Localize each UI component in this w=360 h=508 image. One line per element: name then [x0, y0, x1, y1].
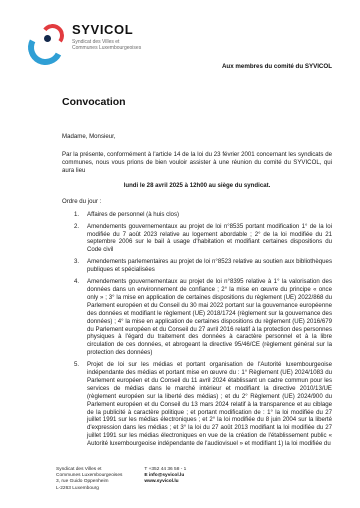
- agenda-item-text: Amendements parlementaires au projet de …: [87, 258, 332, 274]
- logo-subtitle-line2: Communes Luxembourgeoises: [72, 45, 141, 51]
- agenda-item: 2. Amendements gouvernementaux au projet…: [74, 223, 332, 255]
- convocation-letter-page: SYVICOL Syndicat des Villes et Communes …: [0, 0, 360, 508]
- agenda-item-number: 3.: [74, 258, 82, 274]
- footer-address: Syndicat des Villes et Communes Luxembou…: [56, 467, 122, 492]
- agenda-heading: Ordre du jour :: [62, 198, 332, 205]
- logo-subtitle: Syndicat des Villes et Communes Luxembou…: [72, 39, 141, 52]
- agenda-item: 3. Amendements parlementaires au projet …: [74, 258, 332, 274]
- page-title: Convocation: [62, 96, 332, 108]
- footer-address-line: L-2263 Luxembourg: [56, 486, 122, 492]
- logo-name: SYVICOL: [72, 23, 141, 36]
- meeting-date-line: lundi le 28 avril 2025 à 12h00 au siège …: [62, 182, 332, 189]
- agenda-item-text: Amendements gouvernementaux au projet de…: [87, 223, 332, 255]
- footer-website-link[interactable]: www.syvicol.lu: [144, 479, 178, 484]
- agenda-item-text: Projet de loi sur les médias et portant …: [87, 361, 332, 448]
- footer-contact: T +352 44 36 58 - 1 E info@syvicol.lu ww…: [144, 467, 186, 492]
- logo-dot-icon: [44, 35, 51, 42]
- syvicol-logo-icon: [28, 23, 65, 57]
- recipient-line: Aux membres du comité du SYVICOL: [222, 63, 332, 70]
- agenda-item-number: 2.: [74, 223, 82, 255]
- intro-paragraph: Par la présente, conformément à l'articl…: [62, 151, 332, 175]
- agenda-item-number: 1.: [74, 211, 82, 219]
- agenda-list: 1. Affaires de personnel (à huis clos) 2…: [62, 211, 332, 448]
- agenda-item: 4. Amendements gouvernementaux au projet…: [74, 278, 332, 357]
- salutation: Madame, Monsieur,: [62, 133, 332, 140]
- agenda-item-text: Affaires de personnel (à huis clos): [87, 211, 332, 219]
- letter-footer: Syndicat des Villes et Communes Luxembou…: [56, 467, 186, 492]
- agenda-item: 1. Affaires de personnel (à huis clos): [74, 211, 332, 219]
- footer-email-link[interactable]: E info@syvicol.lu: [144, 473, 184, 478]
- agenda-item-text: Amendements gouvernementaux au projet de…: [87, 278, 332, 357]
- agenda-item-number: 4.: [74, 278, 82, 357]
- letter-body: Convocation Madame, Monsieur, Par la pré…: [62, 96, 332, 452]
- agenda-item-number: 5.: [74, 361, 82, 448]
- agenda-item: 5. Projet de loi sur les médias et porta…: [74, 361, 332, 448]
- logo-text-block: SYVICOL Syndicat des Villes et Communes …: [72, 23, 141, 52]
- syvicol-logo: SYVICOL Syndicat des Villes et Communes …: [28, 23, 141, 57]
